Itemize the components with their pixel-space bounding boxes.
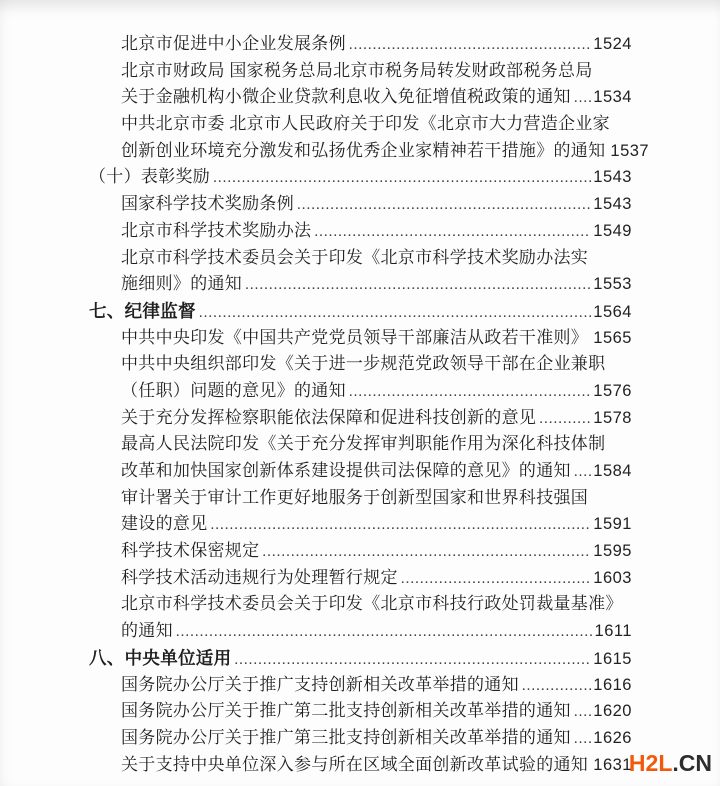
toc-entry[interactable]: 国务院办公厅关于推广支持创新相关改革举措的通知 1616 bbox=[89, 672, 632, 699]
dot-leader-icon bbox=[574, 85, 591, 112]
dot-leader-icon bbox=[574, 726, 591, 753]
toc-entry[interactable]: 北京市科学技术委员会关于印发《北京市科学技术奖励办法实 bbox=[89, 245, 632, 272]
toc-entry-title: 八、中央单位适用 bbox=[89, 645, 231, 672]
dot-leader-icon bbox=[245, 272, 591, 299]
toc-entry[interactable]: 科学技术保密规定 1595 bbox=[89, 538, 632, 565]
toc-entry-page: 1565 bbox=[593, 325, 632, 352]
toc-entry-title: 的通知 bbox=[121, 618, 173, 645]
toc-entry[interactable]: （十）表彰奖励 1543 bbox=[89, 164, 632, 191]
toc-entry[interactable]: 改革和加快国家创新体系建设提供司法保障的意见》的通知 1584 bbox=[89, 458, 632, 485]
toc-entry-page: 1584 bbox=[593, 458, 632, 485]
toc-entry[interactable]: 七、纪律监督 1564 bbox=[89, 298, 632, 325]
dot-leader-icon bbox=[574, 699, 591, 726]
toc-entry-page: 1611 bbox=[595, 618, 632, 645]
dot-leader-icon bbox=[262, 539, 591, 566]
dot-leader-icon bbox=[349, 379, 591, 406]
toc-entry[interactable]: 北京市财政局 国家税务总局北京市税务局转发财政部税务总局 bbox=[89, 58, 632, 85]
toc-entry-title: 科学技术活动违规行为处理暂行规定 bbox=[121, 565, 398, 592]
toc-entry-page: 1549 bbox=[593, 218, 632, 245]
toc-entry[interactable]: 关于金融机构小微企业贷款利息收入免征增值税政策的通知 1534 bbox=[89, 84, 632, 111]
toc-entry-page: 1616 bbox=[593, 672, 632, 699]
dot-leader-icon bbox=[314, 219, 591, 246]
toc-entry[interactable]: 关于充分发挥检察职能依法保障和促进科技创新的意见 1578 bbox=[89, 405, 632, 432]
toc-entry[interactable]: 的通知 1611 bbox=[89, 618, 632, 645]
toc-entry-title: 国家科学技术奖励条例 bbox=[121, 191, 294, 218]
toc-entry-title: 中共中央组织部印发《关于进一步规范党政领导干部在企业兼职 bbox=[121, 351, 605, 378]
toc-entry[interactable]: 八、中央单位适用 1615 bbox=[89, 645, 632, 672]
toc-entry-title: 关于支持中央单位深入参与所在区域全面创新改革试验的通知 bbox=[121, 752, 588, 779]
dot-leader-icon bbox=[213, 165, 591, 192]
toc-entry-page: 1631 bbox=[593, 752, 632, 779]
toc-entry-page: 1626 bbox=[593, 725, 632, 752]
dot-leader-icon bbox=[401, 566, 591, 593]
dot-leader-icon bbox=[349, 32, 591, 59]
toc-entry-title: （十）表彰奖励 bbox=[89, 164, 210, 191]
toc-entry-page: 1591 bbox=[593, 511, 632, 538]
toc-entry[interactable]: 最高人民法院印发《关于充分发挥审判职能作用为深化科技体制 bbox=[89, 431, 632, 458]
toc-entry-title: 中共北京市委 北京市人民政府关于印发《北京市大力营造企业家 bbox=[121, 111, 610, 138]
toc-entry-title: 北京市促进中小企业发展条例 bbox=[121, 31, 346, 58]
toc-entry-page: 1603 bbox=[593, 565, 632, 592]
toc-entry-title: 国务院办公厅关于推广第三批支持创新相关改革举措的通知 bbox=[121, 725, 571, 752]
toc-entry-title: 建设的意见 bbox=[121, 511, 208, 538]
watermark-suffix: .CN bbox=[672, 750, 712, 776]
toc-entry[interactable]: 北京市科学技术奖励办法 1549 bbox=[89, 218, 632, 245]
dot-leader-icon bbox=[522, 673, 591, 700]
dot-leader-icon bbox=[176, 619, 593, 646]
toc-entry[interactable]: 审计署关于审计工作更好地服务于创新型国家和世界科技强国 bbox=[89, 485, 632, 512]
toc-entry-page: 1576 bbox=[593, 378, 632, 405]
toc-entry-title: 北京市科学技术奖励办法 bbox=[121, 218, 311, 245]
toc-entry-title: 国务院办公厅关于推广第二批支持创新相关改革举措的通知 bbox=[121, 698, 571, 725]
toc-entry-title: 北京市科学技术委员会关于印发《北京市科学技术奖励办法实 bbox=[121, 245, 588, 272]
toc-entry[interactable]: 国家科学技术奖励条例 1543 bbox=[89, 191, 632, 218]
toc-entry-page: 1564 bbox=[593, 299, 632, 326]
toc-entry-title: 七、纪律监督 bbox=[89, 298, 196, 325]
toc-entry-title: 北京市财政局 国家税务总局北京市税务局转发财政部税务总局 bbox=[121, 58, 593, 85]
toc-entry[interactable]: 施细则》的通知 1553 bbox=[89, 271, 632, 298]
dot-leader-icon bbox=[234, 647, 591, 674]
toc-entry-title: 改革和加快国家创新体系建设提供司法保障的意见》的通知 bbox=[121, 458, 571, 485]
dot-leader-icon bbox=[539, 406, 591, 433]
toc-entry-title: 创新创业环境充分激发和弘扬优秀企业家精神若干措施》的通知 bbox=[121, 138, 605, 165]
toc-entry-page: 1543 bbox=[593, 164, 632, 191]
watermark: H2L.CN bbox=[629, 752, 712, 775]
toc-entry-title: 关于金融机构小微企业贷款利息收入免征增值税政策的通知 bbox=[121, 84, 571, 111]
toc-entry-page: 1620 bbox=[593, 698, 632, 725]
toc-entry[interactable]: 建设的意见 1591 bbox=[89, 511, 632, 538]
toc-entry[interactable]: 中共中央组织部印发《关于进一步规范党政领导干部在企业兼职 bbox=[89, 351, 632, 378]
toc-entry-page: 1543 bbox=[593, 191, 632, 218]
toc-entry-title: 中共中央印发《中国共产党党员领导干部廉洁从政若干准则》 bbox=[121, 325, 588, 352]
toc-entry-title: 北京市科学技术委员会关于印发《北京市科技行政处罚裁量基准》 bbox=[121, 591, 623, 618]
toc-entry-page: 1578 bbox=[593, 405, 632, 432]
toc-entry[interactable]: 北京市促进中小企业发展条例 1524 bbox=[89, 31, 632, 58]
toc-entry[interactable]: 中共中央印发《中国共产党党员领导干部廉洁从政若干准则》 1565 bbox=[89, 325, 632, 352]
toc-entry-page: 1534 bbox=[593, 84, 632, 111]
toc-entry[interactable]: 国务院办公厅关于推广第二批支持创新相关改革举措的通知 1620 bbox=[89, 698, 632, 725]
toc-entry-page: 1553 bbox=[593, 271, 632, 298]
toc-entry-title: 最高人民法院印发《关于充分发挥审判职能作用为深化科技体制 bbox=[121, 431, 605, 458]
toc-entry-title: 施细则》的通知 bbox=[121, 271, 242, 298]
dot-leader-icon bbox=[574, 459, 591, 486]
toc-entry-page: 1615 bbox=[593, 646, 632, 673]
toc-entry-title: 关于充分发挥检察职能依法保障和促进科技创新的意见 bbox=[121, 405, 536, 432]
toc-entry-title: 科学技术保密规定 bbox=[121, 538, 259, 565]
toc-entry[interactable]: 北京市科学技术委员会关于印发《北京市科技行政处罚裁量基准》 bbox=[89, 591, 632, 618]
toc-entry[interactable]: 科学技术活动违规行为处理暂行规定 1603 bbox=[89, 565, 632, 592]
toc-entry-page: 1524 bbox=[593, 31, 632, 58]
toc-entry-title: （任职）问题的意见》的通知 bbox=[121, 378, 346, 405]
toc-entry-page: 1595 bbox=[593, 538, 632, 565]
watermark-brand: H2L bbox=[629, 750, 672, 776]
toc-entry[interactable]: （任职）问题的意见》的通知 1576 bbox=[89, 378, 632, 405]
toc-entry-page: 1537 bbox=[610, 138, 649, 165]
toc-entry[interactable]: 国务院办公厅关于推广第三批支持创新相关改革举措的通知 1626 bbox=[89, 725, 632, 752]
dot-leader-icon bbox=[199, 300, 591, 327]
toc-entry[interactable]: 关于支持中央单位深入参与所在区域全面创新改革试验的通知 1631 bbox=[89, 752, 632, 779]
dot-leader-icon bbox=[211, 512, 592, 539]
dot-leader-icon bbox=[297, 192, 591, 219]
toc-entry[interactable]: 中共北京市委 北京市人民政府关于印发《北京市大力营造企业家 bbox=[89, 111, 632, 138]
toc-list: 北京市促进中小企业发展条例 1524 北京市财政局 国家税务总局北京市税务局转发… bbox=[89, 31, 632, 778]
toc-entry[interactable]: 创新创业环境充分激发和弘扬优秀企业家精神若干措施》的通知 1537 bbox=[89, 138, 632, 165]
toc-entry-title: 国务院办公厅关于推广支持创新相关改革举措的通知 bbox=[121, 672, 519, 699]
toc-entry-title: 审计署关于审计工作更好地服务于创新型国家和世界科技强国 bbox=[121, 485, 588, 512]
